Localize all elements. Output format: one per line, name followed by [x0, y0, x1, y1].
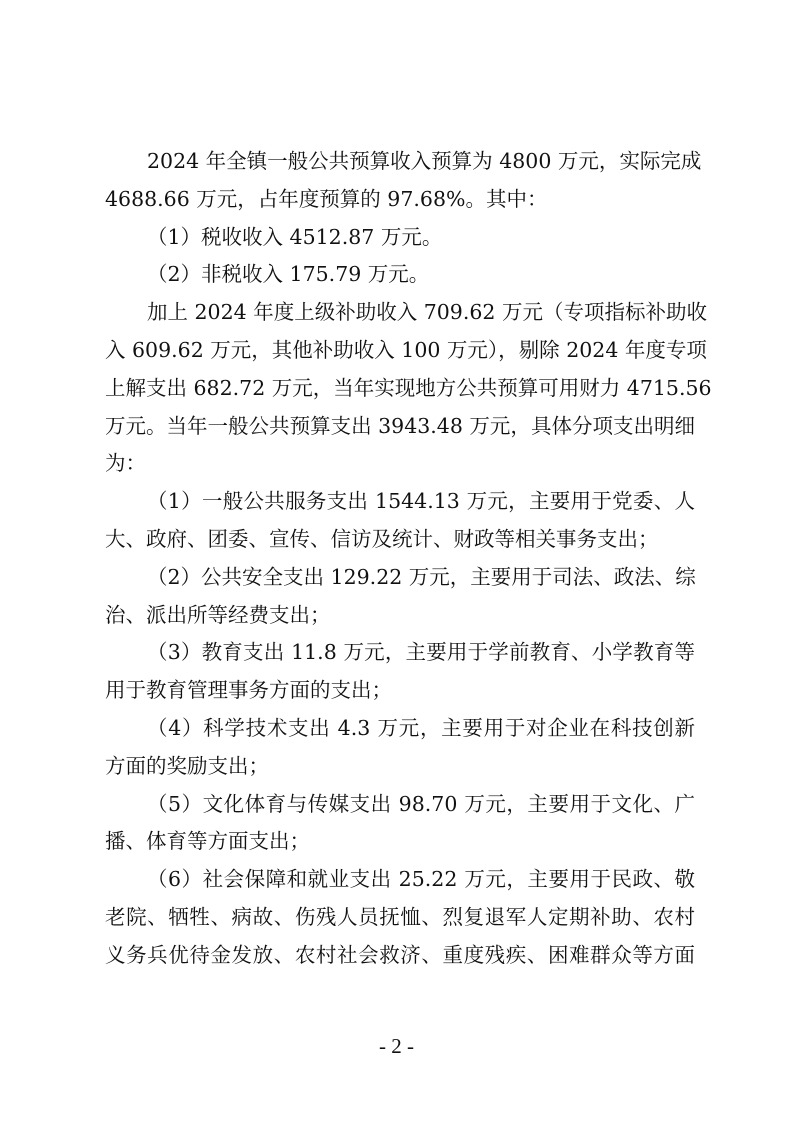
text-line: 加上 2024 年度上级补助收入 709.62 万元（专项指标补助收	[105, 294, 695, 332]
text-line: （2）非税收入 175.79 万元。	[105, 256, 695, 294]
text-line: 上解支出 682.72 万元，当年实现地方公共预算可用财力 4715.56	[105, 370, 695, 408]
text-line: 为：	[105, 445, 695, 483]
text-line: 4688.66 万元，占年度预算的 97.68%。其中：	[105, 181, 695, 219]
text-line: （4）科学技术支出 4.3 万元，主要用于对企业在科技创新	[105, 710, 695, 748]
body-text: 2024 年全镇一般公共预算收入预算为 4800 万元，实际完成 4688.66…	[105, 143, 695, 975]
text-line: 用于教育管理事务方面的支出；	[105, 672, 695, 710]
text-line: （1）税收收入 4512.87 万元。	[105, 219, 695, 257]
text-line: （1）一般公共服务支出 1544.13 万元，主要用于党委、人	[105, 483, 695, 521]
text-line: 治、派出所等经费支出；	[105, 597, 695, 635]
text-line: 大、政府、团委、宣传、信访及统计、财政等相关事务支出；	[105, 521, 695, 559]
text-line: 老院、牺牲、病故、伤残人员抚恤、烈复退军人定期补助、农村	[105, 899, 695, 937]
text-line: （6）社会保障和就业支出 25.22 万元，主要用于民政、敬	[105, 861, 695, 899]
text-line: 入 609.62 万元，其他补助收入 100 万元），剔除 2024 年度专项	[105, 332, 695, 370]
page-number: - 2 -	[0, 1034, 793, 1059]
text-line: （3）教育支出 11.8 万元，主要用于学前教育、小学教育等	[105, 634, 695, 672]
text-line: （5）文化体育与传媒支出 98.70 万元，主要用于文化、广	[105, 786, 695, 824]
document-page: 2024 年全镇一般公共预算收入预算为 4800 万元，实际完成 4688.66…	[0, 0, 793, 1122]
text-line: 2024 年全镇一般公共预算收入预算为 4800 万元，实际完成	[105, 143, 695, 181]
text-line: （2）公共安全支出 129.22 万元，主要用于司法、政法、综	[105, 559, 695, 597]
text-line: 万元。当年一般公共预算支出 3943.48 万元，具体分项支出明细	[105, 408, 695, 446]
text-line: 播、体育等方面支出；	[105, 823, 695, 861]
text-line: 义务兵优待金发放、农村社会救济、重度残疾、困难群众等方面	[105, 937, 695, 975]
text-line: 方面的奖励支出；	[105, 748, 695, 786]
